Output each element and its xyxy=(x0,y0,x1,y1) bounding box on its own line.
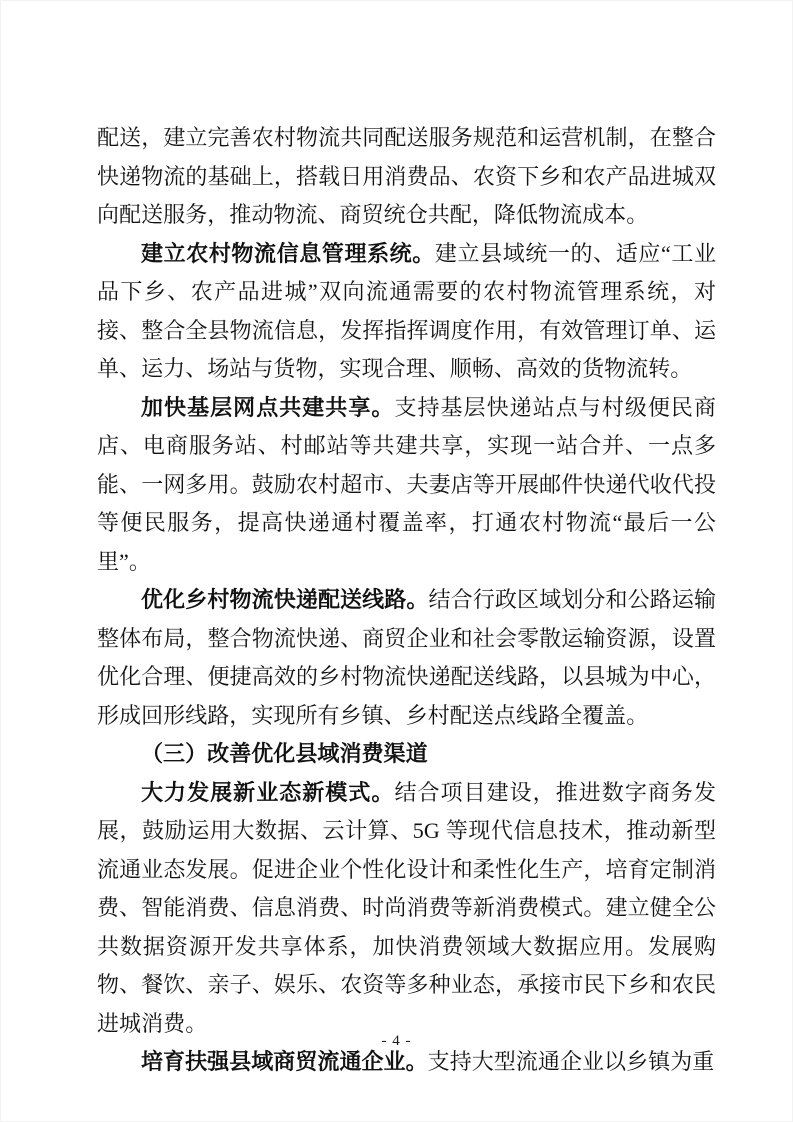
document-body: 配送，建立完善农村物流共同配送服务规范和运营机制，在整合快递物流的基础上，搭载日… xyxy=(97,119,716,1082)
paragraph-new-business-models: 大力发展新业态新模式。结合项目建设，推进数字商务发展，鼓励运用大数据、云计算、5… xyxy=(97,774,716,1044)
paragraph-continued: 配送，建立完善农村物流共同配送服务规范和运营机制，在整合快递物流的基础上，搭载日… xyxy=(97,119,716,235)
paragraph-text: 支持大型流通企业以乡镇为重 xyxy=(428,1049,715,1074)
paragraph-lead: 培育扶强县域商贸流通企业。 xyxy=(141,1049,428,1074)
page-number: - 4 - xyxy=(0,1031,793,1051)
paragraph-text: 结合项目建设，推进数字商务发展，鼓励运用大数据、云计算、5G 等现代信息技术，推… xyxy=(97,780,716,1036)
paragraph-delivery-routes: 优化乡村物流快递配送线路。结合行政区域划分和公路运输整体布局，整合物流快递、商贸… xyxy=(97,581,716,735)
paragraph-lead: 优化乡村物流快递配送线路。 xyxy=(141,587,429,612)
section-heading-3: （三）改善优化县域消费渠道 xyxy=(97,735,716,774)
paragraph-text: 配送，建立完善农村物流共同配送服务规范和运营机制，在整合快递物流的基础上，搭载日… xyxy=(97,125,716,227)
paragraph-lead: 加快基层网点共建共享。 xyxy=(141,395,394,420)
document-page: 配送，建立完善农村物流共同配送服务规范和运营机制，在整合快递物流的基础上，搭载日… xyxy=(0,0,793,1122)
paragraph-lead: 建立农村物流信息管理系统。 xyxy=(141,241,435,266)
paragraph-grassroots-network: 加快基层网点共建共享。支持基层快递站点与村级便民商店、电商服务站、村邮站等共建共… xyxy=(97,389,716,582)
paragraph-text: 支持基层快递站点与村级便民商店、电商服务站、村邮站等共建共享，实现一站合并、一点… xyxy=(97,395,716,574)
paragraph-logistics-info-system: 建立农村物流信息管理系统。建立县域统一的、适应“工业品下乡、农产品进城”双向流通… xyxy=(97,235,716,389)
paragraph-lead: 大力发展新业态新模式。 xyxy=(141,780,394,805)
